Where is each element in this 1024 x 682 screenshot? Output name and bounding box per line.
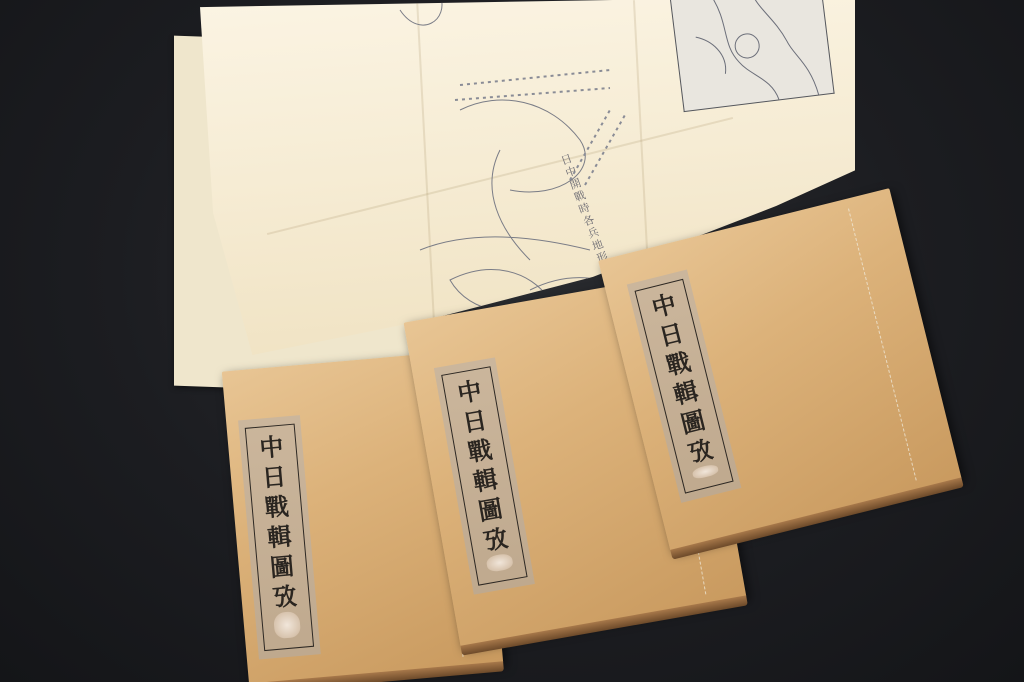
title-char: 中 <box>258 432 285 464</box>
title-slip: 中 日 戰 輯 圖 攷 <box>434 357 535 594</box>
title-char: 戰 <box>466 434 495 468</box>
title-char: 輯 <box>266 521 293 553</box>
title-char: 日 <box>261 462 288 494</box>
title-char: 輯 <box>471 464 500 498</box>
title-char: 圖 <box>476 494 505 528</box>
binding-thread <box>848 208 919 480</box>
title-char: 圖 <box>269 551 296 583</box>
photo-scene: 日中開戰時各兵地形略圖 中 日 戰 輯 圖 攷 <box>0 0 1024 682</box>
inset-map <box>670 0 835 112</box>
title-slip: 中 日 戰 輯 圖 攷 <box>238 415 321 659</box>
title-char: 攷 <box>685 434 716 469</box>
title-char: 戰 <box>264 491 291 523</box>
title-char: 攷 <box>481 523 510 557</box>
paper-stain <box>273 611 301 639</box>
title-char: 日 <box>460 405 489 439</box>
title-char: 攷 <box>271 581 298 613</box>
title-char: 中 <box>455 375 484 409</box>
